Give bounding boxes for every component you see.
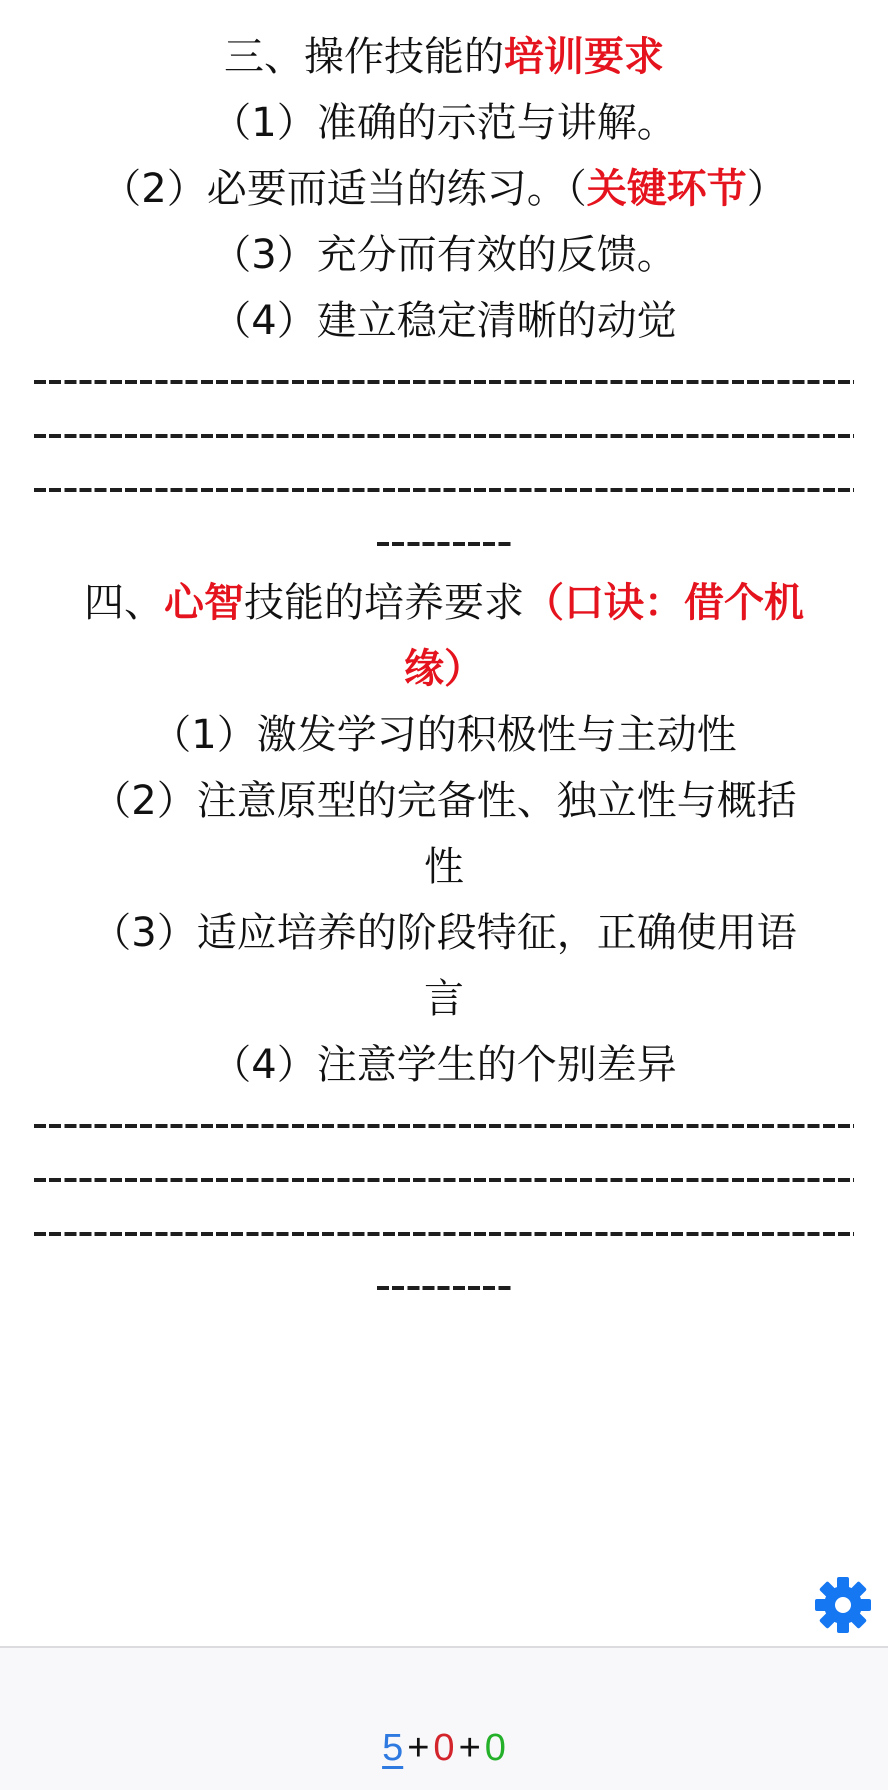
section-4-title-middle: 技能的培养要求	[244, 580, 524, 626]
section-3-title: 三、操作技能的培训要求	[0, 24, 888, 90]
plus-sign: +	[403, 1727, 433, 1769]
item-text: （4）注意学生的个别差异	[211, 1042, 676, 1088]
section-4-item-3-wrap: 言	[0, 966, 888, 1032]
dashed-separator-line	[0, 408, 888, 462]
settings-button[interactable]	[814, 1576, 872, 1634]
section-3-title-prefix: 三、操作技能的	[224, 34, 504, 80]
section-3-title-highlight: 培训要求	[504, 34, 664, 80]
score-blue-link[interactable]: 5	[382, 1727, 403, 1769]
section-4-item-2-wrap: 性	[0, 834, 888, 900]
score-counter: 5+0+0	[0, 1723, 888, 1773]
document-content: 三、操作技能的培训要求 （1）准确的示范与讲解。 （2）必要而适当的练习。（关键…	[0, 24, 888, 1314]
item-text: （2）注意原型的完备性、独立性与概括	[91, 778, 796, 824]
plus-sign: +	[455, 1727, 485, 1769]
dashed-separator-tail	[0, 1260, 888, 1314]
section-4-title-prefix: 四、	[84, 580, 164, 626]
section-4-title: 四、心智技能的培养要求（口诀：借个机	[0, 570, 888, 636]
item-text: （3）充分而有效的反馈。	[211, 232, 676, 278]
item-text-wrap: 性	[424, 844, 464, 890]
bottom-bar: 5+0+0	[0, 1646, 888, 1790]
gear-icon	[814, 1576, 872, 1634]
section-3-item-3: （3）充分而有效的反馈。	[0, 222, 888, 288]
key-step-highlight: 关键环节	[587, 166, 747, 212]
section-3-item-4: （4）建立稳定清晰的动觉	[0, 288, 888, 354]
item-text-wrap: 言	[424, 976, 464, 1022]
section-4-item-2: （2）注意原型的完备性、独立性与概括	[0, 768, 888, 834]
score-green: 0	[485, 1727, 506, 1769]
dashed-separator-line	[0, 462, 888, 516]
item-text: （1）激发学习的积极性与主动性	[151, 712, 736, 758]
item-text: （2）必要而适当的练习。（	[101, 166, 586, 212]
dashed-separator-tail	[0, 516, 888, 570]
section-4-item-3: （3）适应培养的阶段特征，正确使用语	[0, 900, 888, 966]
dashed-separator-line	[0, 354, 888, 408]
score-red: 0	[433, 1727, 454, 1769]
dashed-separator-line	[0, 1098, 888, 1152]
section-4-item-1: （1）激发学习的积极性与主动性	[0, 702, 888, 768]
item-suffix: ）	[747, 166, 787, 212]
mnemonic-text-wrap: 缘）	[404, 646, 484, 692]
section-3-item-1: （1）准确的示范与讲解。	[0, 90, 888, 156]
section-3-item-2: （2）必要而适当的练习。（关键环节）	[0, 156, 888, 222]
item-text: （3）适应培养的阶段特征，正确使用语	[91, 910, 796, 956]
item-text: （1）准确的示范与讲解。	[211, 100, 676, 146]
section-4-title-wrap: 缘）	[0, 636, 888, 702]
mnemonic-text: （口诀：借个机	[524, 580, 804, 626]
section-4-item-4: （4）注意学生的个别差异	[0, 1032, 888, 1098]
item-text: （4）建立稳定清晰的动觉	[211, 298, 676, 344]
dashed-separator-line	[0, 1206, 888, 1260]
section-4-title-highlight: 心智	[164, 580, 244, 626]
dashed-separator-line	[0, 1152, 888, 1206]
